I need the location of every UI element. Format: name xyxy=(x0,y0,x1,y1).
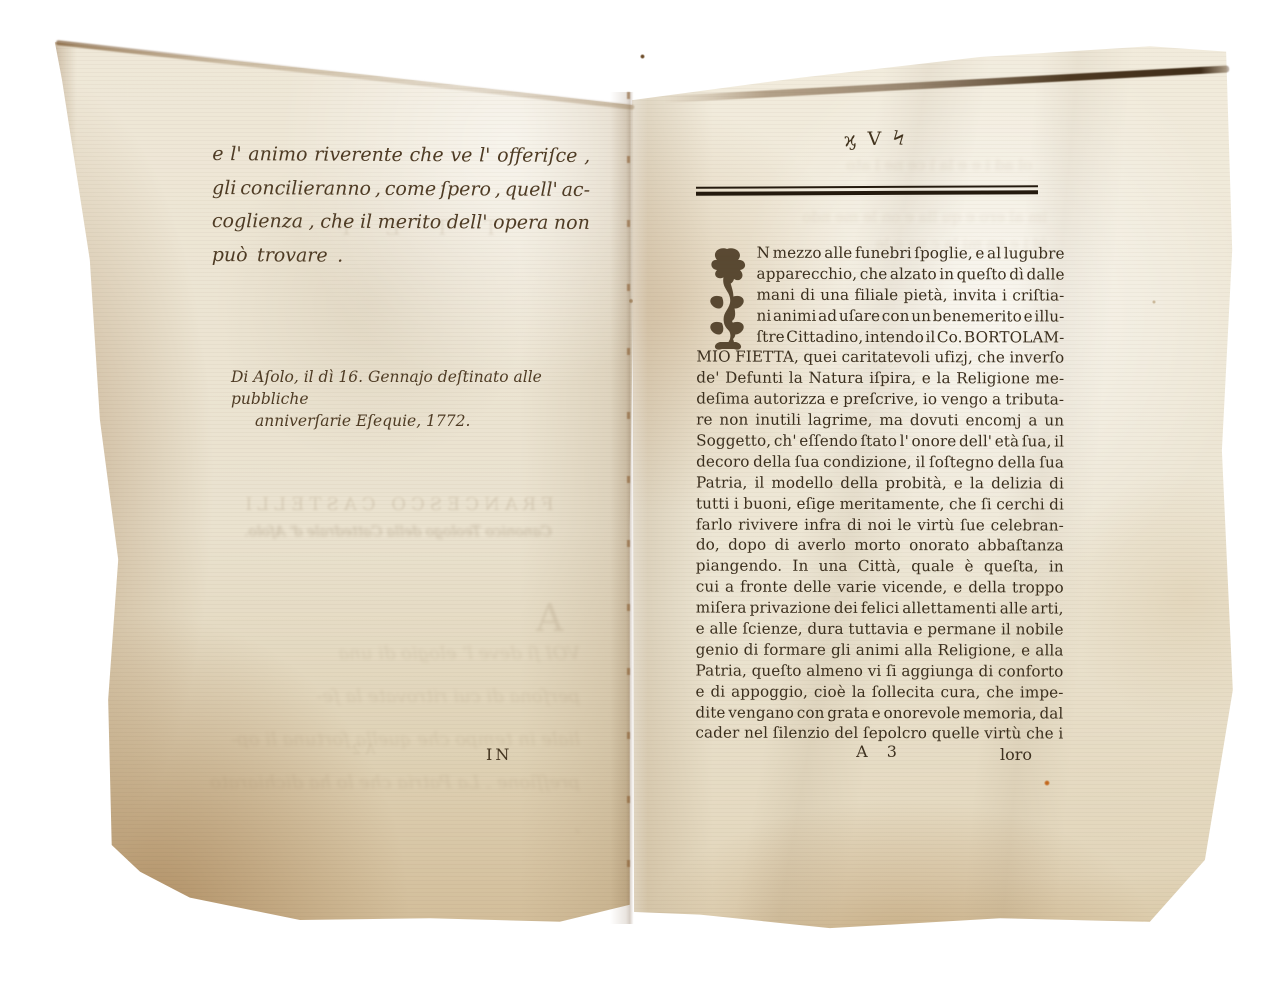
printer-flower-icon: ϗ xyxy=(842,126,869,151)
text-line: renoninutililagrime,madovutiencomjaun xyxy=(696,410,1064,432)
show-through-title: FRANCESCO CASTELLI xyxy=(208,494,586,515)
text-line: cuiafrontedellevarievicende,edellatroppo xyxy=(696,577,1064,599)
text-line: deſimaautorizzaepreſcrive,iovengoatribut… xyxy=(696,389,1064,411)
text-line: decorodellaſuacondizione,ilſoſtegnodella… xyxy=(696,451,1064,473)
gathering-signature: A 3 xyxy=(856,742,904,761)
text-line: gliconcilieranno,comeſpero,quell'ac- xyxy=(212,172,590,207)
text-line: el'animoriverentechevel'offeriſce, xyxy=(212,138,590,173)
text-line: Patria,queſtoalmenoviſiaggiungadiconfort… xyxy=(696,660,1064,682)
header-ornament: ϗVϞ xyxy=(698,128,1062,150)
show-through-line: VOI ſi deve l' elogio di una xyxy=(204,632,580,675)
text-line: tuttiibuoni,eſigemeritamente,cheſicerchi… xyxy=(696,493,1064,515)
left-page-paragraph: el'animoriverentechevel'offeriſce,glicon… xyxy=(212,138,591,274)
left-page-catchword: IN xyxy=(486,745,512,764)
text-line: miſeraprivazionedeifeliciallettamentiall… xyxy=(696,598,1064,620)
double-rule xyxy=(696,185,1038,195)
text-line: puòtrovare. xyxy=(212,239,590,274)
text-line: do,dopodiaverlomortoonoratoabbaſtanza xyxy=(696,535,1064,557)
show-through-line: perſona di cui ritrovate la ſe- xyxy=(204,675,580,718)
text-line: nianimiaduſareconunbenemeritoeillu- xyxy=(756,305,1064,327)
dateline-line: Di Aſolo, il dì 16. Gennajo deſtinato al… xyxy=(231,366,576,410)
dateline-line: anniverſarie Eſequie, 1772. xyxy=(255,410,576,432)
text-line: ediappoggio,cioèlaſollecitacura,cheimpe- xyxy=(695,681,1063,703)
text-line: ſtreCittadino,intendoilCo.BORTOLAM- xyxy=(756,326,1064,348)
text-line: geniodiformareglianimiallaReligione,eall… xyxy=(696,639,1064,661)
text-line: piangendo.InunaCittà,qualeèqueſta,in xyxy=(696,556,1064,578)
text-line: Soggetto,ch'eſſendoſtatol'onoredell'etàſ… xyxy=(696,431,1064,453)
text-line: Patria,ilmodellodellaprobità,eladeliziad… xyxy=(696,472,1064,494)
text-line: manidiunafilialepietà,invitaicriſtia- xyxy=(756,284,1064,306)
text-line: de'DefuntilaNaturaiſpira,elaReligioneme- xyxy=(696,368,1064,390)
text-line: farlorivivereinfradinoilevirtùſuecelebra… xyxy=(696,514,1064,536)
text-line: MIOFIETTA,queicaritatevoliufizj,cheinver… xyxy=(696,347,1064,369)
printed-ink-layer: T T E F FRANCESCO CASTELLI Canonico Teol… xyxy=(0,0,1280,987)
printer-flower-icon: Ϟ xyxy=(892,127,917,151)
show-through-signature: A 2 xyxy=(352,742,375,758)
show-through-lines: VOI ſi deve l' elogio di unaperſona di c… xyxy=(204,632,580,847)
show-through-initial: A xyxy=(536,596,563,640)
text-line: coglienza,cheilmeritodell'operanon xyxy=(212,205,590,240)
text-line: ditevenganocongrataeonorevolememoria,dal xyxy=(695,702,1063,724)
dateline: Di Aſolo, il dì 16. Gennajo deſtinato al… xyxy=(231,366,576,432)
ornament-letter: V xyxy=(867,128,893,150)
right-page-paragraph: Nmezzoallefunebriſpoglie,eallugubreappar… xyxy=(695,243,1064,745)
right-page-catchword: loro xyxy=(1000,745,1032,764)
rule-thin xyxy=(696,185,1038,188)
show-through-subtitle: Canonico Teologo della Cattedrale d' Aſo… xyxy=(228,524,568,540)
show-through-line: liale in tempo che quella fortuna li op- xyxy=(204,718,580,761)
text-line: Nmezzoallefunebriſpoglie,eallugubre xyxy=(757,243,1065,265)
show-through-line: ol ad i e e la ì ce ne l ato xyxy=(702,156,1032,174)
show-through-line: im al ero e qu lla e on le me ndo xyxy=(702,204,1047,231)
rule-thick xyxy=(696,190,1038,195)
show-through-line: preſſione . La Patria che lo ha dichiara… xyxy=(204,761,580,847)
text-line: ealleſcienze,duratuttaviaepermaneilnobil… xyxy=(696,619,1064,641)
text-line: apparecchio,chealzatoinqueſtodìdalle xyxy=(757,264,1065,286)
book-photo: T T E F FRANCESCO CASTELLI Canonico Teol… xyxy=(0,0,1280,987)
